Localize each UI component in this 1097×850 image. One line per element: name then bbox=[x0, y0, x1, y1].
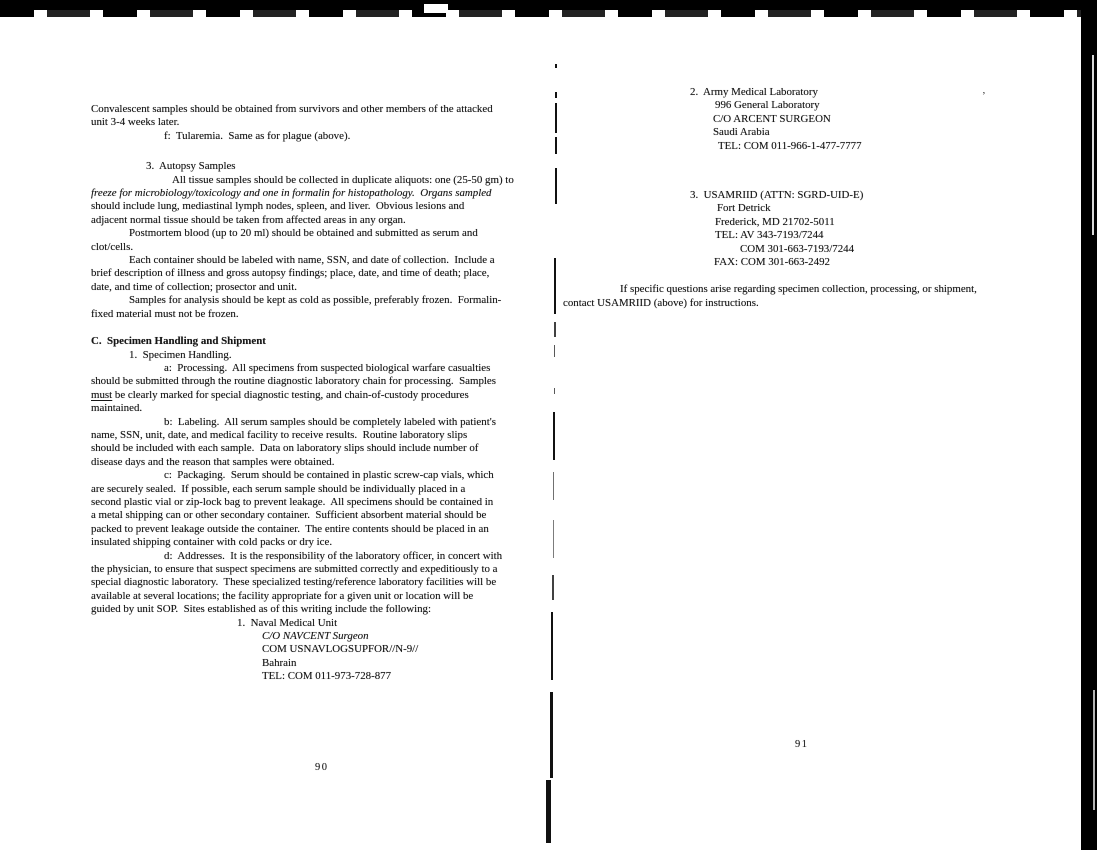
text-line: If specific questions arise regarding sp… bbox=[563, 283, 1083, 296]
text-line: Fort Detrick bbox=[563, 202, 1083, 215]
text-line: insulated shipping container with cold p… bbox=[91, 536, 557, 549]
text-line: COM USNAVLOGSUPFOR//N-9// bbox=[91, 643, 557, 656]
text-line: contact USAMRIID (above) for instruction… bbox=[563, 297, 1083, 310]
text-line: available at several locations; the faci… bbox=[91, 590, 557, 603]
text-line: COM 301-663-7193/7244 bbox=[563, 243, 1083, 256]
text-line: unit 3-4 weeks later. bbox=[91, 116, 557, 129]
page-left-text: Convalescent samples should be obtained … bbox=[91, 103, 557, 684]
text-line: 1. Specimen Handling. bbox=[91, 349, 557, 362]
text-line: guided by unit SOP. Sites established as… bbox=[91, 603, 557, 616]
text-line: the physician, to ensure that suspect sp… bbox=[91, 563, 557, 576]
text-line: special diagnostic laboratory. These spe… bbox=[91, 576, 557, 589]
text-line: adjacent normal tissue should be taken f… bbox=[91, 214, 557, 227]
text-line: Samples for analysis should be kept as c… bbox=[91, 294, 557, 307]
scan-right-edge-sliver bbox=[1093, 690, 1095, 810]
text-line: should be submitted through the routine … bbox=[91, 375, 557, 388]
scan-top-edge-notch bbox=[424, 4, 448, 13]
text-line: date, and time of collection; prosector … bbox=[91, 281, 557, 294]
text-line: freeze for microbiology/toxicology and o… bbox=[91, 187, 557, 200]
text-line: TEL: AV 343-7193/7244 bbox=[563, 229, 1083, 242]
text-line: packed to prevent leakage outside the co… bbox=[91, 523, 557, 536]
scan-top-edge bbox=[0, 0, 1097, 10]
text-line: Convalescent samples should be obtained … bbox=[91, 103, 557, 116]
text-line: C. Specimen Handling and Shipment bbox=[91, 335, 557, 348]
text-line: should include lung, mediastinal lymph n… bbox=[91, 200, 557, 213]
page-number-right: 91 bbox=[795, 739, 809, 750]
text-line: 1. Naval Medical Unit bbox=[91, 617, 557, 630]
text-line: Frederick, MD 21702-5011 bbox=[563, 216, 1083, 229]
text-line: C/O NAVCENT Surgeon bbox=[91, 630, 557, 643]
text-line: second plastic vial or zip-lock bag to p… bbox=[91, 496, 557, 509]
text-line: Bahrain bbox=[91, 657, 557, 670]
text-line: TEL: COM 011-973-728-877 bbox=[91, 670, 557, 683]
text-line: 3. USAMRIID (ATTN: SGRD-UID-E) bbox=[563, 189, 1083, 202]
text-line: maintained. bbox=[91, 402, 557, 415]
text-line: fixed material must not be frozen. bbox=[91, 308, 557, 321]
page-right-text: 2. Army Medical Laboratory996 General La… bbox=[563, 86, 1083, 310]
text-line: brief description of illness and gross a… bbox=[91, 267, 557, 280]
text-line: must be clearly marked for special diagn… bbox=[91, 389, 557, 402]
text-line: FAX: COM 301-663-2492 bbox=[563, 256, 1083, 269]
scan-top-edge-ragged bbox=[0, 10, 1097, 17]
text-line: 3. Autopsy Samples bbox=[91, 160, 557, 173]
text-line: c: Packaging. Serum should be contained … bbox=[91, 469, 557, 482]
text-line: should be included with each sample. Dat… bbox=[91, 442, 557, 455]
text-line: name, SSN, unit, date, and medical facil… bbox=[91, 429, 557, 442]
text-line: 2. Army Medical Laboratory bbox=[563, 86, 1083, 99]
text-line: Saudi Arabia bbox=[563, 126, 1083, 139]
text-line: 996 General Laboratory bbox=[563, 99, 1083, 112]
text-line: disease days and the reason that samples… bbox=[91, 456, 557, 469]
text-line: clot/cells. bbox=[91, 241, 557, 254]
text-line: f: Tularemia. Same as for plague (above)… bbox=[91, 130, 557, 143]
text-line: Each container should be labeled with na… bbox=[91, 254, 557, 267]
text-line: C/O ARCENT SURGEON bbox=[563, 113, 1083, 126]
text-line: All tissue samples should be collected i… bbox=[91, 174, 557, 187]
text-line: are securely sealed. If possible, each s… bbox=[91, 483, 557, 496]
scan-right-edge-sliver bbox=[1092, 55, 1094, 235]
text-line: Postmortem blood (up to 20 ml) should be… bbox=[91, 227, 557, 240]
scanned-document-spread: ’ Convalescent samples should be obtaine… bbox=[0, 0, 1097, 850]
text-line: a metal shipping can or other secondary … bbox=[91, 509, 557, 522]
text-line: b: Labeling. All serum samples should be… bbox=[91, 416, 557, 429]
text-line: d: Addresses. It is the responsibility o… bbox=[91, 550, 557, 563]
text-line: TEL: COM 011-966-1-477-7777 bbox=[563, 140, 1083, 153]
page-number-left: 90 bbox=[315, 762, 329, 773]
text-line: a: Processing. All specimens from suspec… bbox=[91, 362, 557, 375]
